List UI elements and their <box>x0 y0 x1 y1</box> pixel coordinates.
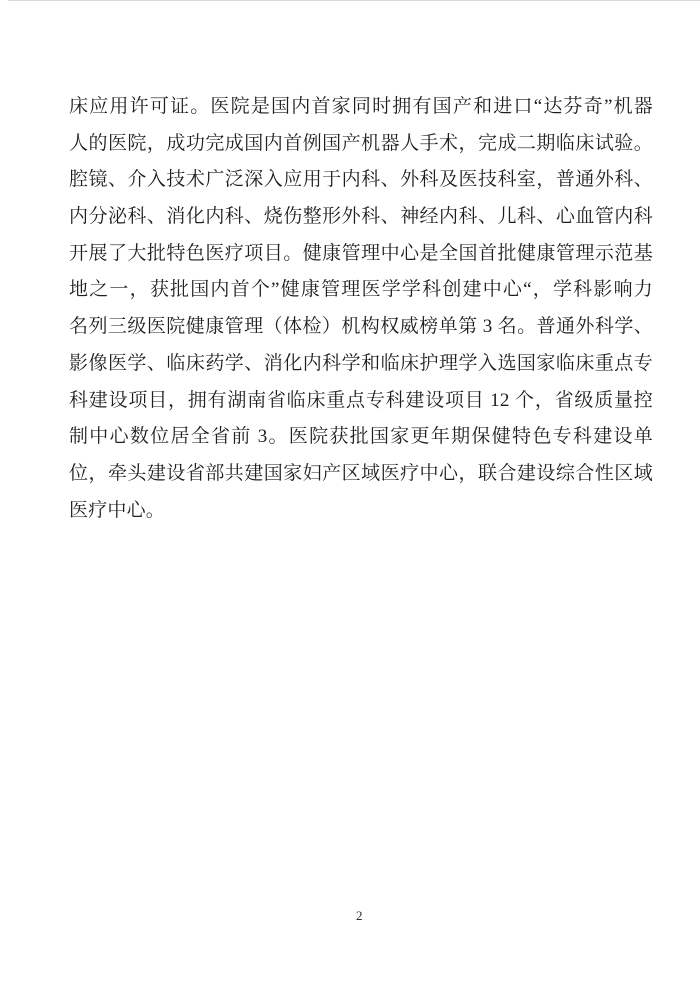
document-page: 床应用许可证。医院是国内首家同时拥有国产和进口“达芬奇”机器 人的医院，成功完成… <box>0 0 700 990</box>
text-line: 腔镜、介入技术广泛深入应用于内科、外科及医技科室，普通外科、 <box>69 162 653 199</box>
body-paragraph: 床应用许可证。医院是国内首家同时拥有国产和进口“达芬奇”机器 人的医院，成功完成… <box>69 89 653 529</box>
scan-edge-artifact <box>8 0 700 1</box>
text-line: 人的医院，成功完成国内首例国产机器人手术，完成二期临床试验。 <box>69 126 653 163</box>
text-line: 影像医学、临床药学、消化内科学和临床护理学入选国家临床重点专 <box>69 346 653 383</box>
text-line: 医疗中心。 <box>69 493 653 530</box>
text-line: 位，牵头建设省部共建国家妇产区域医疗中心，联合建设综合性区域 <box>69 456 653 493</box>
text-line: 床应用许可证。医院是国内首家同时拥有国产和进口“达芬奇”机器 <box>69 89 653 126</box>
text-line: 地之一，获批国内首个”健康管理医学学科创建中心“，学科影响力 <box>69 272 653 309</box>
text-line: 内分泌科、消化内科、烧伤整形外科、神经内科、儿科、心血管内科 <box>69 199 653 236</box>
page-number: 2 <box>356 908 363 924</box>
text-line: 制中心数位居全省前 3。医院获批国家更年期保健特色专科建设单 <box>69 419 653 456</box>
text-line: 科建设项目，拥有湖南省临床重点专科建设项目 12 个，省级质量控 <box>69 383 653 420</box>
text-line: 开展了大批特色医疗项目。健康管理中心是全国首批健康管理示范基 <box>69 236 653 273</box>
text-line: 名列三级医院健康管理（体检）机构权威榜单第 3 名。普通外科学、 <box>69 309 653 346</box>
